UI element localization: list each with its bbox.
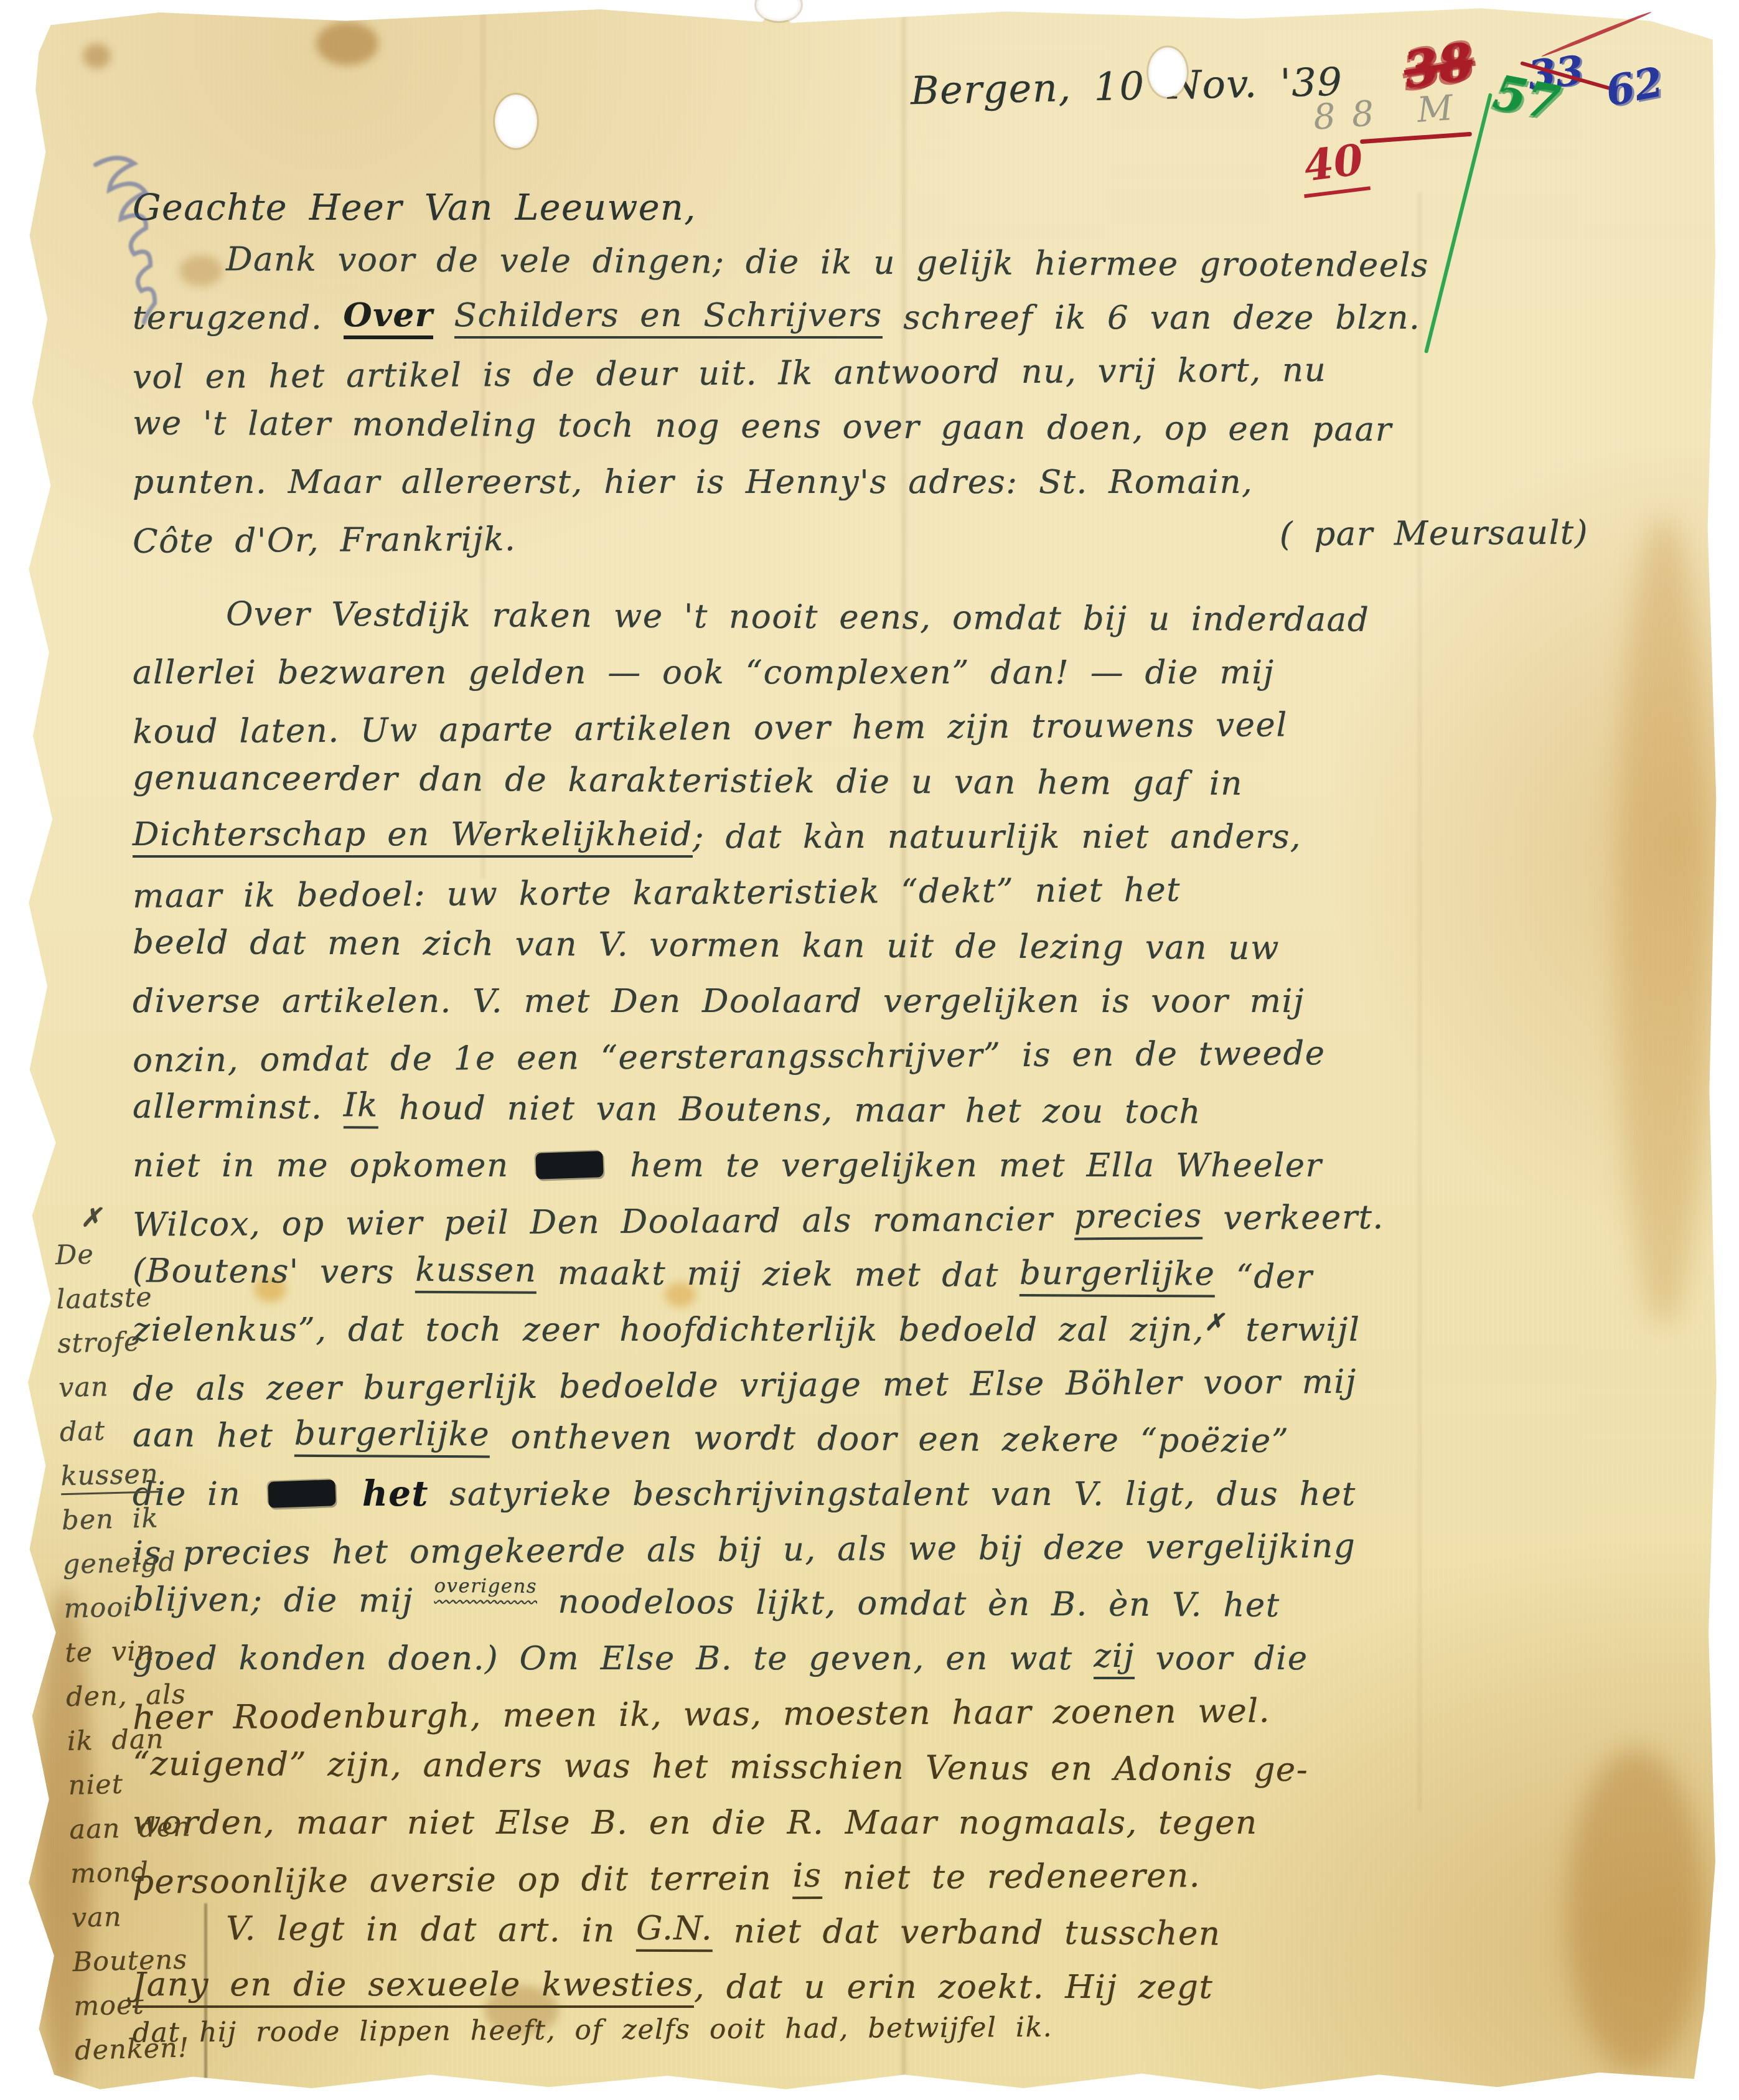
red-crossed-scribble: 38 [1399, 31, 1477, 100]
margin-note-line: denken! [74, 2033, 181, 2079]
letter-content: Bergen, 10 Nov. '39 Geachte Heer Van Lee… [133, 6, 1694, 2045]
letter-line: allerlei bezwaren gelden — ook “complexe… [133, 645, 1694, 700]
punch-hole [1148, 47, 1187, 97]
text-segment: hem te vergelijken met Ella Wheeler [609, 1146, 1323, 1184]
margin-note-line: strofe [57, 1326, 164, 1372]
letter-line: Over Vestdijk raken we 't nooit eens, om… [133, 586, 1694, 649]
letter-body: Dank voor de vele dingen; die ik u gelij… [133, 235, 1694, 2045]
text-segment: beeld dat men zich van V. vormen kan uit… [133, 923, 1280, 967]
text-segment: maar ik bedoel: uw korte karakteristiek … [133, 871, 1181, 915]
margin-note-line: moet [73, 1989, 180, 2035]
ink-blot [268, 1479, 335, 1508]
text-segment: te vin- [65, 1635, 164, 1669]
margin-note-line: niet [68, 1768, 175, 1814]
margin-note-line: laatste [56, 1282, 163, 1328]
text-segment: allerminst. [133, 1087, 344, 1127]
text-segment: satyrieke beschrijvingstalent van V. lig… [429, 1475, 1356, 1513]
text-segment [433, 299, 454, 337]
letter-line: punten. Maar allereerst, hier is Henny's… [133, 454, 1694, 509]
text-segment: genuanceerder dan de karakteristiek die … [133, 759, 1243, 802]
text-segment: denken! [74, 2032, 189, 2066]
letter-line: allerminst. Ik houd niet van Boutens, ma… [133, 1079, 1694, 1141]
paper-stain [83, 44, 111, 68]
text-segment: “zuigend” zijn, anders was het misschien… [133, 1745, 1308, 1789]
text-segment: burgerlijke [1019, 1254, 1216, 1298]
letter-line: Dichterschap en Werkelijkheid; dat kàn n… [133, 809, 1694, 864]
letter-line: niet in me opkomen hem te vergelijken me… [133, 1138, 1694, 1193]
text-segment: goed konden doen.) Om Else B. te geven, … [133, 1639, 1094, 1677]
text-segment: koud laten. Uw aparte artikelen over hem… [133, 706, 1288, 751]
margin-note-line: mond [70, 1856, 177, 1903]
letter-line: worden, maar niet Else B. en die R. Maar… [133, 1795, 1694, 1850]
text-segment: diverse artikelen. V. met Den Doolaard v… [133, 982, 1305, 1020]
text-segment: Boutens [72, 1944, 188, 1977]
text-segment: terwijl [1225, 1311, 1361, 1349]
letter-line: Wilcox, op wier peil Den Doolaard als ro… [133, 1188, 1694, 1252]
margin-note-line: van [58, 1370, 165, 1417]
text-segment: verkeert. [1202, 1198, 1384, 1237]
margin-note-line: ik dan [67, 1723, 174, 1770]
text-segment: G.N. [636, 1910, 713, 1952]
text-segment: aan den [69, 1811, 191, 1845]
text-segment: De [55, 1239, 94, 1271]
text-segment: kussen [415, 1251, 537, 1294]
text-segment: blijven; die mij [133, 1580, 434, 1620]
letter-line: zielenkus”, dat toch zeer hoofdichterlij… [133, 1302, 1694, 1357]
text-segment: niet te redeneeren. [822, 1857, 1201, 1897]
text-segment: overigens [434, 1575, 538, 1598]
text-segment: Dank voor de vele dingen; die ik u gelij… [226, 240, 1429, 284]
text-segment: niet [68, 1769, 123, 1801]
text-segment: ik dan [67, 1723, 164, 1757]
letter-line: heer Roodenburgh, meen ik, was, moesten … [133, 1680, 1694, 1745]
letter-line: blijven; die mij overigens noodeloos lij… [133, 1572, 1694, 1634]
text-segment: Jany en die sexueele kwesties [133, 1966, 694, 2008]
margin-note: ✗ Delaatstestrofevandatkussenben ikgenei… [54, 1201, 181, 2079]
margin-note-line: geneigd [62, 1547, 169, 1593]
letter-line: die in het satyrieke beschrijvingstalent… [133, 1466, 1694, 1521]
red-number-annotation: 40 [1298, 134, 1371, 198]
text-segment: zielenkus”, dat toch zeer hoofdichterlij… [133, 1311, 1204, 1349]
letter-line: terugzend. Over Schilders en Schrijvers … [133, 290, 1694, 345]
margin-note-line: kussen [60, 1458, 167, 1505]
text-segment: zij [1094, 1637, 1135, 1679]
text-segment: is precies het omgekeerde als bij u, als… [133, 1527, 1356, 1572]
punch-hole [495, 95, 537, 148]
punch-hole-notch [756, 0, 801, 21]
text-segment: geneigd [62, 1547, 176, 1580]
text-segment: (Boutens' vers [133, 1252, 416, 1291]
footnote-marker: ✗ [54, 1201, 161, 1240]
text-segment: laatste [56, 1282, 152, 1315]
text-segment: moet [73, 1989, 145, 2022]
text-segment: precies [1074, 1197, 1202, 1240]
margin-note-line: den, als [66, 1679, 173, 1726]
text-segment: strofe [57, 1326, 141, 1359]
text-segment: heer Roodenburgh, meen ik, was, moesten … [133, 1692, 1270, 1737]
letter-line: goed konden doen.) Om Else B. te geven, … [133, 1631, 1694, 1685]
text-segment: mooi [63, 1591, 133, 1624]
letter-line: persoonlijke aversie op dit terrein is n… [133, 1845, 1694, 1909]
margin-note-line: aan den [69, 1812, 176, 1859]
letter-line: Dank voor de vele dingen; die ik u gelij… [133, 231, 1694, 294]
letter-line: koud laten. Uw aparte artikelen over hem… [133, 695, 1694, 759]
letter-line: de als zeer burgerlijk bedoelde vrijage … [133, 1352, 1694, 1416]
text-segment: Schilders en Schrijvers [454, 296, 883, 339]
letter-line: onzin, omdat de 1e een “eersterangsschri… [133, 1023, 1694, 1087]
text-segment: ( par Meursault) [1280, 513, 1589, 553]
text-segment: dat [59, 1415, 106, 1448]
letter-line: we 't later mondeling toch nog eens over… [133, 395, 1694, 458]
letter-line: Jany en die sexueele kwesties, dat u eri… [133, 1959, 1694, 2014]
text-segment: maakt mij ziek met dat [537, 1254, 1019, 1294]
text-segment: Côte d'Or, Frankrijk. [133, 520, 517, 560]
margin-note-line: van [71, 1900, 178, 1947]
text-segment: we 't later mondeling toch nog eens over… [133, 404, 1392, 449]
text-segment: worden, maar niet Else B. en die R. Maar… [133, 1804, 1258, 1842]
margin-note-line: ben ik [62, 1502, 169, 1549]
text-segment: punten. Maar allereerst, hier is Henny's… [133, 463, 1253, 501]
letter-line: is precies het omgekeerde als bij u, als… [133, 1516, 1694, 1580]
text-segment: Over [344, 296, 434, 339]
margin-note-line: Boutens [72, 1944, 179, 1991]
scanned-letter-page: Bergen, 10 Nov. '39 Geachte Heer Van Lee… [0, 0, 1739, 2100]
text-segment: houd niet van Boutens, maar het zou toch [378, 1089, 1202, 1131]
text-segment: schreef ik 6 van deze blzn. [883, 299, 1421, 337]
letter-line: diverse artikelen. V. met Den Doolaard v… [133, 973, 1694, 1028]
text-segment: de als zeer burgerlijk bedoelde vrijage … [133, 1362, 1357, 1408]
text-segment: het [362, 1473, 429, 1514]
text-segment: ontheven wordt door een zekere “poëzie” [490, 1418, 1290, 1460]
letter-line: Côte d'Or, Frankrijk.( par Meursault) [133, 504, 1694, 568]
text-segment: V. legt in dat art. in [226, 1910, 636, 1949]
text-segment: mond [70, 1857, 149, 1890]
text-segment [342, 1475, 362, 1513]
text-segment: niet in me opkomen [133, 1146, 530, 1184]
text-segment: ✗ [1204, 1308, 1225, 1336]
ink-blot [535, 1151, 603, 1179]
text-segment: Dichterschap en Werkelijkheid [133, 815, 693, 858]
text-segment: “der [1215, 1257, 1313, 1296]
margin-note-line: te vin- [65, 1635, 172, 1682]
letter-line: “zuigend” zijn, anders was het misschien… [133, 1736, 1694, 1799]
margin-note-line: De [55, 1237, 162, 1284]
dateline: Bergen, 10 Nov. '39 [910, 59, 1343, 113]
margin-note-items: Delaatstestrofevandatkussenben ikgeneigd… [55, 1237, 181, 2079]
text-segment: allerlei bezwaren gelden — ook “complexe… [133, 654, 1275, 691]
text-segment: ; dat kàn natuurlijk niet anders, [693, 818, 1302, 856]
letter-line: vol en het artikel is de deur uit. Ik an… [133, 340, 1694, 404]
text-segment: Ik [344, 1086, 378, 1128]
text-segment: ben ik [62, 1502, 159, 1536]
text-segment: vol en het artikel is de deur uit. Ik an… [133, 350, 1327, 396]
text-segment: , dat u erin zoekt. Hij zegt [694, 1968, 1213, 2006]
text-segment: voor die [1135, 1639, 1308, 1677]
text-segment: burgerlijke [294, 1415, 490, 1458]
text-segment: den, als [66, 1679, 187, 1713]
text-segment: kussen [60, 1458, 159, 1495]
text-segment: dat hij roode lippen heeft, of zelfs ooi… [133, 2011, 1053, 2048]
text-segment: is [792, 1857, 822, 1899]
text-segment: van [58, 1371, 109, 1404]
text-segment: van [71, 1901, 122, 1934]
letter-line: V. legt in dat art. in G.N. niet dat ver… [133, 1900, 1694, 1963]
text-segment: noodeloos lijkt, omdat èn B. èn V. het [537, 1582, 1280, 1624]
text-segment: Wilcox, op wier peil Den Doolaard als ro… [133, 1200, 1074, 1244]
letter-line: beeld dat men zich van V. vormen kan uit… [133, 914, 1694, 977]
letter-line: maar ik bedoel: uw korte karakteristiek … [133, 859, 1694, 923]
text-segment: Over Vestdijk raken we 't nooit eens, om… [226, 595, 1370, 639]
text-segment: persoonlijke aversie op dit terrein [133, 1859, 793, 1901]
spacer [516, 534, 1279, 538]
letter-line: genuanceerder dan de karakteristiek die … [133, 750, 1694, 813]
margin-note-line: mooi [63, 1591, 171, 1638]
margin-note-line: dat [59, 1414, 166, 1461]
text-segment: niet dat verband tusschen [713, 1912, 1221, 1952]
letter-line: aan het burgerlijke ontheven wordt door … [133, 1407, 1694, 1470]
letter-paper-sheet: Bergen, 10 Nov. '39 Geachte Heer Van Lee… [24, 6, 1718, 2091]
letter-line: (Boutens' vers kussen maakt mij ziek met… [133, 1243, 1694, 1306]
text-segment: onzin, omdat de 1e een “eersterangsschri… [133, 1034, 1326, 1079]
